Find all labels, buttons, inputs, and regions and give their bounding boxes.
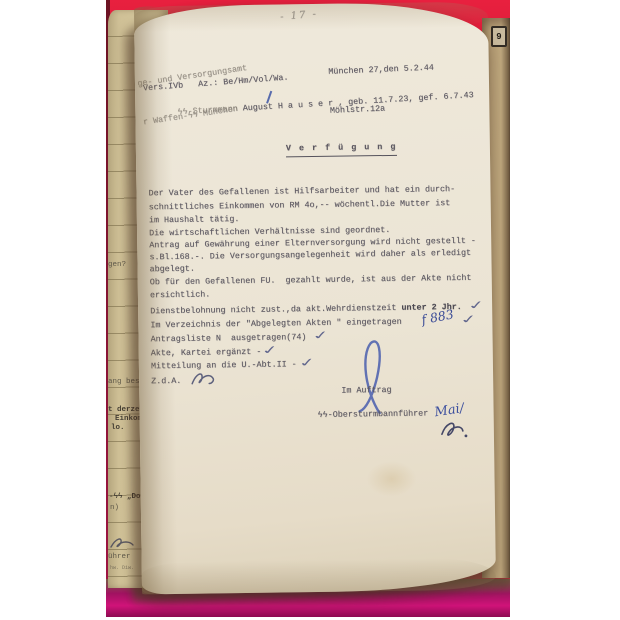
left-page-fragment: n) <box>110 504 119 512</box>
checkmark-ink-icon: ✓ <box>458 314 479 326</box>
checkmark-ink-icon: ✓ <box>466 300 487 312</box>
checkmark-ink-icon: ✓ <box>311 330 332 342</box>
ink-paraph <box>190 370 216 386</box>
document-page: - 17 - ge- und Versorgungsamt r Waffen-ϟ… <box>134 2 496 595</box>
body-line: Ob für den Gefallenen FU. gezahlt wurde,… <box>150 272 472 289</box>
subject-name-dates: August H a u s e r , geb. 11.7.23, gef. … <box>242 90 473 113</box>
scan-canvas: 9 gen? ang beste t derzei Einkomm lo. -ϟ… <box>0 0 620 620</box>
ink-scribble <box>109 536 137 552</box>
paper-stain <box>366 461 416 498</box>
checklist-item: Antragsliste N ausgetragen(74) ✓ <box>150 331 325 346</box>
checkmark-ink-icon: ✓ <box>297 357 318 369</box>
left-page-fragment: lo. <box>111 424 125 432</box>
subject-rank: ϟϟ-Sturmmann <box>177 103 243 117</box>
body-line: schnittliches Einkommen von RM 4o,-- wöc… <box>149 197 451 214</box>
archive-photo: 9 gen? ang beste t derzei Einkomm lo. -ϟ… <box>106 0 510 617</box>
left-page-fragment: gen? <box>108 261 126 269</box>
checklist-text: Im Verzeichnis der "Abgelegten Akten " e… <box>150 316 401 333</box>
ink-loop-stroke <box>355 339 396 418</box>
index-tab-number: 9 <box>496 32 501 42</box>
checkmark-ink-icon: ✓ <box>260 345 281 357</box>
left-page-fragment-small-print: hw. Diw. <box>110 565 134 571</box>
city-date: München 27,den 5.2.44 <box>328 62 434 79</box>
left-page-fragment: ührer <box>108 553 131 561</box>
im-auftrag-line: Im Auftrag <box>341 384 391 398</box>
index-tab: 9 <box>491 26 507 47</box>
signer-rank: ϟϟ-Obersturmbannführer <box>318 407 429 422</box>
page-bottom-shading <box>142 558 496 595</box>
document-title: V e r f ü g u n g <box>286 141 397 158</box>
ink-paraph-signature <box>438 418 470 446</box>
